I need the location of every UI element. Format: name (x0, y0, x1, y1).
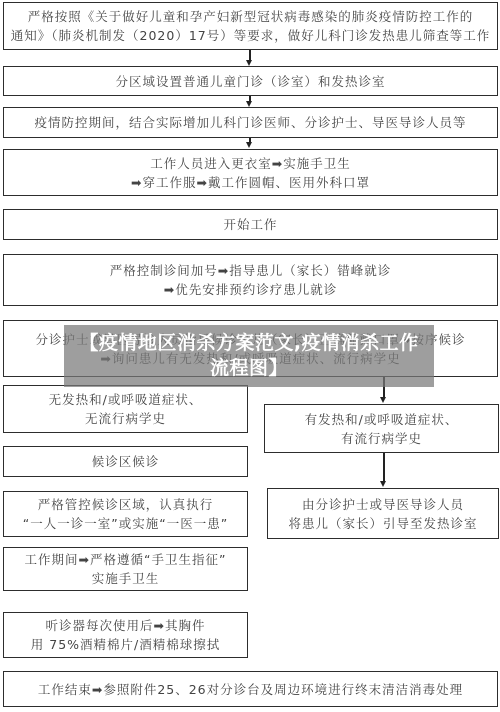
connector-line (383, 453, 385, 482)
condition-text: 有发热和/或呼吸道症状、 (305, 410, 459, 429)
step-text: 疫情防控期间，结合实际增加儿科门诊医师、分诊护士、导医导诊人员等 (34, 113, 466, 132)
step-text: ➡穿工作服➡戴工作圆帽、医用外科口罩 (131, 173, 370, 192)
step-text: 工作结束➡参照附件25、26对分诊台及周边环境进行终末清洁消毒处理 (38, 680, 463, 699)
step-text: 开始工作 (223, 215, 277, 234)
title-overlay: 【疫情地区消杀方案范文,疫情消杀工作流程图】 (64, 325, 434, 387)
step-text: 候诊区候诊 (92, 452, 160, 471)
step-box-start-work: 开始工作 (3, 209, 498, 240)
step-box-staffing: 疫情防控期间，结合实际增加儿科门诊医师、分诊护士、导医导诊人员等 (3, 107, 498, 138)
step-text: 用 75%酒精棉片/酒精棉球擦拭 (31, 635, 220, 654)
arrow-down-icon (246, 142, 252, 148)
step-box-hand-hygiene: 工作期间➡严格遵循“手卫生指征” 实施手卫生 (3, 547, 248, 591)
step-text: 严格控制诊间加号➡指导患儿（家长）错峰就诊 (110, 261, 391, 280)
step-box-stethoscope: 听诊器每次使用后➡其胸件 用 75%酒精棉片/酒精棉球擦拭 (3, 612, 248, 658)
step-box-end-work: 工作结束➡参照附件25、26对分诊台及周边环境进行终末清洁消毒处理 (3, 671, 498, 707)
step-text: 听诊器每次使用后➡其胸件 (46, 616, 206, 635)
step-text: 工作人员进入更衣室➡实施手卫生 (150, 154, 350, 173)
step-box-requirements: 严格按照《关于做好儿童和孕产妇新型冠状病毒感染的肺炎疫情防控工作的 通知》（肺炎… (3, 2, 498, 50)
arrow-down-icon (380, 481, 386, 487)
step-text: 实施手卫生 (92, 569, 160, 588)
condition-box-no-symptoms: 无发热和/或呼吸道症状、 无流行病学史 (3, 385, 248, 433)
step-box-appointment-control: 严格控制诊间加号➡指导患儿（家长）错峰就诊 ➡优先安排预约诊疗患儿就诊 (3, 254, 498, 306)
step-text: ➡优先安排预约诊疗患儿就诊 (164, 280, 337, 299)
step-text: “一人一诊一室”或实施“一医一患” (23, 514, 228, 533)
condition-text: 无流行病学史 (85, 409, 166, 428)
step-text: 严格管控候诊区域，认真执行 (38, 495, 214, 514)
arrow-down-icon (380, 397, 386, 403)
step-text: 分区域设置普通儿童门诊（诊室）和发热诊室 (115, 72, 385, 91)
step-text: 由分诊护士或导医导诊人员 (302, 495, 464, 514)
step-text: 严格按照《关于做好儿童和孕产妇新型冠状病毒感染的肺炎疫情防控工作的 (28, 7, 474, 26)
step-text: 将患儿（家长）引导至发热诊室 (288, 514, 477, 533)
condition-text: 有流行病学史 (341, 429, 422, 448)
step-box-control-waiting: 严格管控候诊区域，认真执行 “一人一诊一室”或实施“一医一患” (3, 491, 248, 537)
step-box-waiting-area: 候诊区候诊 (3, 446, 248, 477)
step-text: 工作期间➡严格遵循“手卫生指征” (25, 550, 227, 569)
step-box-dressing: 工作人员进入更衣室➡实施手卫生 ➡穿工作服➡戴工作圆帽、医用外科口罩 (3, 149, 498, 196)
condition-text: 无发热和/或呼吸道症状、 (49, 390, 203, 409)
step-text: 通知》（肺炎机制发（2020）17号）等要求，做好儿科门诊发热患儿筛查等工作 (11, 26, 490, 45)
condition-box-has-symptoms: 有发热和/或呼吸道症状、 有流行病学史 (264, 404, 499, 453)
step-box-guide-fever-clinic: 由分诊护士或导医导诊人员 将患儿（家长）引导至发热诊室 (267, 488, 499, 539)
step-box-zoning: 分区域设置普通儿童门诊（诊室）和发热诊室 (3, 66, 498, 96)
